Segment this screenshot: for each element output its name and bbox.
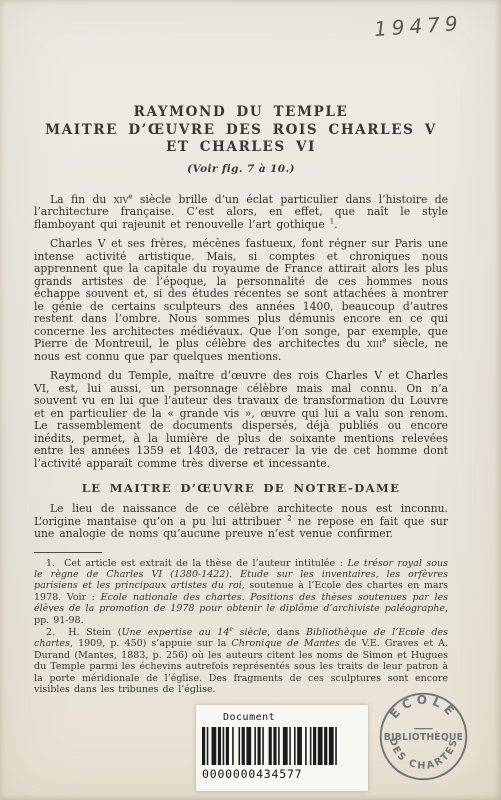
paragraph-1: La fin du xive siècle brille d’un éclat … xyxy=(34,194,448,232)
barcode-label-title: Document xyxy=(223,712,275,723)
paragraph-4: Le lieu de naissance de ce célèbre archi… xyxy=(34,503,448,541)
title-line-3: ET CHARLES VI xyxy=(34,139,448,157)
title-line-2: MAITRE D’ŒUVRE DES ROIS CHARLES V xyxy=(34,122,448,140)
barcode-icon xyxy=(202,727,340,765)
handwritten-accession-number: 19479 xyxy=(373,11,463,41)
barcode-label: Document 0000000434577 xyxy=(196,705,368,791)
paragraph-3: Raymond du Temple, maître d’œuvre des ro… xyxy=(34,370,448,470)
article-title: RAYMOND DU TEMPLE MAITRE D’ŒUVRE DES ROI… xyxy=(34,104,448,157)
library-round-stamp: ECOLE BIBLIOTHÈQUE DES CHARTES xyxy=(377,690,470,783)
section-heading: LE MAITRE D’ŒUVRE DE NOTRE-DAME xyxy=(34,481,448,495)
figure-reference: (Voir fig. 7 à 10.) xyxy=(34,163,448,175)
paragraph-2: Charles V et ses frères, mécènes fastueu… xyxy=(34,238,448,363)
footnote-2: 2. H. Stein (Une expertise au 14e siècle… xyxy=(34,627,448,695)
page-text-block: RAYMOND DU TEMPLE MAITRE D’ŒUVRE DES ROI… xyxy=(34,104,448,695)
footnote-separator xyxy=(34,552,102,553)
footnote-1: 1. Cet article est extrait de la thèse d… xyxy=(34,558,448,626)
barcode-number: 0000000434577 xyxy=(202,767,302,781)
scanned-document-page: 19479 RAYMOND DU TEMPLE MAITRE D’ŒUVRE D… xyxy=(0,0,501,800)
title-line-1: RAYMOND DU TEMPLE xyxy=(34,104,448,122)
stamp-top-text: ECOLE xyxy=(387,693,460,721)
